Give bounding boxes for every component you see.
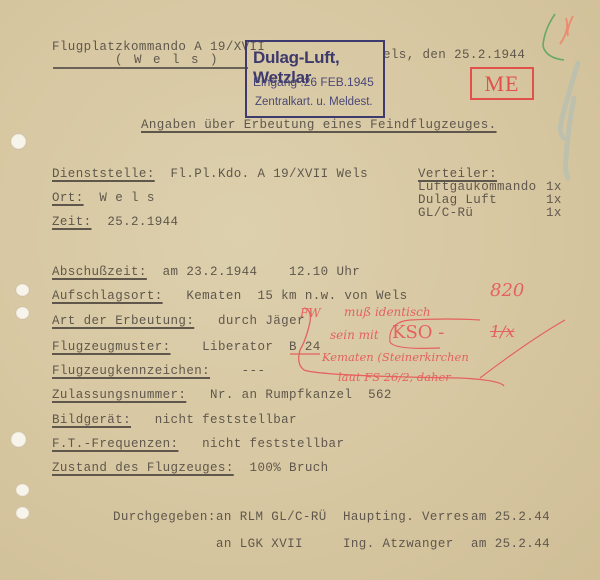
field-label: Ort: [52,191,84,205]
field-label: Dienststelle: [52,167,155,181]
handwritten-bracket-icon [290,300,590,400]
field-value: am 23.2.1944 12.10 Uhr [163,265,361,279]
field-ort: Ort: W e l s [52,191,155,205]
field-value: nicht feststellbar [202,437,344,451]
punch-hole [15,483,30,497]
distribution-entry: Luftgaukommando [418,180,537,194]
field-value: 25.2.1944 [107,215,178,229]
transmission-person: Haupting. Verres [343,510,469,524]
field-value: W e l s [99,191,154,205]
punch-hole [15,506,30,520]
field-art-der-erbeutung: Art der Erbeutung: durch Jäger [52,314,305,328]
header-rule [53,67,248,69]
field-flugzeugkennzeichen: Flugzeugkennzeichen: --- [52,364,265,378]
punch-hole [15,283,30,297]
field-label: Flugzeugmuster: [52,340,171,354]
distribution-entry: Dulag Luft [418,193,497,207]
field-label: Abschußzeit: [52,265,147,279]
field-value: --- [242,364,266,378]
transmission-recipient: an RLM GL/C-RÜ [216,510,327,524]
field-flugzeugmuster: Flugzeugmuster: Liberator B 24 [52,340,321,354]
distribution-entry: GL/C-Rü [418,206,473,220]
distribution-count: 1x [546,206,562,220]
field-label: Zustand des Flugzeuges: [52,461,234,475]
field-label: Bildgerät: [52,413,131,427]
transmission-person: Ing. Atzwanger [343,537,454,551]
field-label: Aufschlagsort: [52,289,163,303]
transmission-date: am 25.2.44 [471,510,550,524]
field-bildgeraet: Bildgerät: nicht feststellbar [52,413,297,427]
field-abschusszeit: Abschußzeit: am 23.2.1944 12.10 Uhr [52,265,360,279]
field-dienststelle: Dienststelle: Fl.Pl.Kdo. A 19/XVII Wels [52,167,368,181]
field-zustand: Zustand des Flugzeuges: 100% Bruch [52,461,329,475]
distribution-count: 1x [546,180,562,194]
field-label: Zulassungsnummer: [52,388,186,402]
subject-line: Angaben über Erbeutung eines Feindflugze… [141,118,497,132]
sender-line-1: Flugplatzkommando A 19/XVII [52,40,265,54]
field-value: nicht feststellbar [155,413,297,427]
handwritten-number: 820 [490,280,524,301]
stamp-line-3: Zentralkart. u. Meldest. [255,96,373,108]
field-label: Zeit: [52,215,92,229]
punch-hole [15,306,30,320]
field-value: 100% Bruch [250,461,329,475]
distribution-title: Verteiler: [418,167,497,181]
punch-hole [10,431,27,448]
field-ft-frequenzen: F.T.-Frequenzen: nicht feststellbar [52,437,344,451]
field-label: Art der Erbeutung: [52,314,194,328]
corner-pencil-marks-icon [540,8,600,198]
punch-hole [10,133,27,150]
transmission-date: am 25.2.44 [471,537,550,551]
stamp-line-2: Eingang :26 FEB.1945 [253,75,374,89]
distribution-count: 1x [546,193,562,207]
receipt-stamp: Dulag-Luft, Wetzlar Eingang :26 FEB.1945… [245,40,385,118]
place-date: els, den 25.2.1944 [383,48,525,62]
field-label: Flugzeugkennzeichen: [52,364,210,378]
transmission-prefix: Durchgegeben: [113,510,216,524]
field-zeit: Zeit: 25.2.1944 [52,215,178,229]
sender-line-2: ( W e l s ) [115,53,220,67]
field-value: Fl.Pl.Kdo. A 19/XVII Wels [171,167,369,181]
field-label: F.T.-Frequenzen: [52,437,178,451]
transmission-recipient: an LGK XVII [216,537,303,551]
me-stamp: ME [470,67,534,100]
